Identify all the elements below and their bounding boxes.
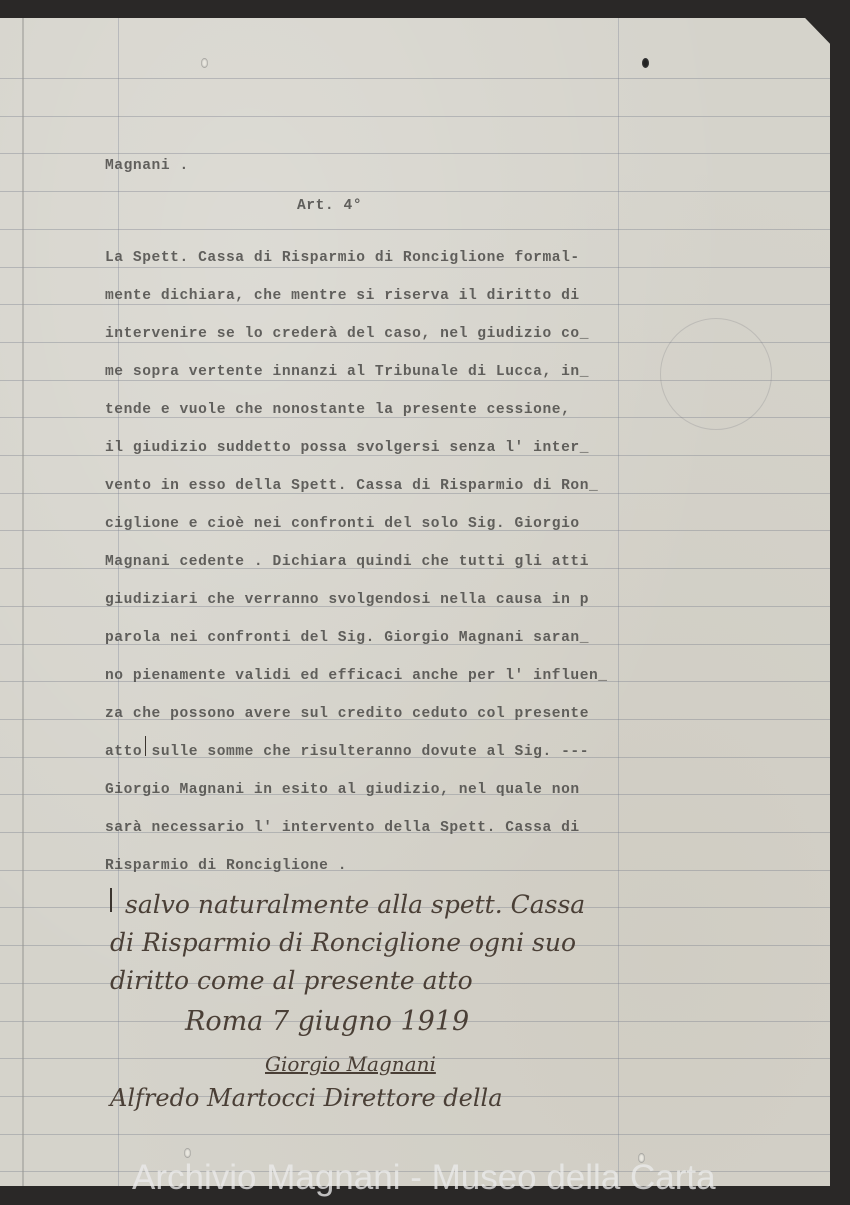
signature-giorgio-magnani: Giorgio Magnani (265, 1052, 436, 1076)
typed-line: me sopra vertente innanzi al Tribunale d… (105, 364, 589, 380)
article-heading: Art. 4° (297, 198, 362, 214)
insertion-mark (110, 888, 112, 912)
faded-stamp (660, 318, 772, 430)
typed-line: il giudizio suddetto possa svolgersi sen… (105, 440, 589, 456)
typed-line: za che possono avere sul credito ceduto … (105, 706, 589, 722)
typed-line: ciglione e cioè nei confronti del solo S… (105, 516, 580, 532)
handwritten-note: di Risparmio di Ronciglione ogni suo (110, 928, 576, 957)
signature-alfredo-martocci: Alfredo Martocci Direttore della (110, 1084, 503, 1112)
typed-line: Risparmio di Ronciglione . (105, 858, 347, 874)
typed-line: Magnani cedente . Dichiara quindi che tu… (105, 554, 589, 570)
typed-line: mente dichiara, che mentre si riserva il… (105, 288, 580, 304)
typed-line: no pienamente validi ed efficaci anche p… (105, 668, 608, 684)
right-margin-rule (618, 18, 619, 1186)
handwritten-date: Roma 7 giugno 1919 (185, 1006, 469, 1037)
typed-line: sarà necessario l' intervento della Spet… (105, 820, 580, 836)
ruled-line (0, 78, 830, 79)
ruled-line (0, 267, 830, 268)
ruled-line (0, 116, 830, 117)
page-fold (22, 18, 24, 1186)
typed-line: intervenire se lo crederà del caso, nel … (105, 326, 589, 342)
ruled-line (0, 304, 830, 305)
insertion-mark (145, 736, 146, 756)
typed-line: atto sulle somme che risulteranno dovute… (105, 744, 589, 760)
typed-line: La Spett. Cassa di Risparmio di Roncigli… (105, 250, 580, 266)
handwritten-note: salvo naturalmente alla spett. Cassa (125, 890, 585, 919)
typed-line: vento in esso della Spett. Cassa di Risp… (105, 478, 598, 494)
ruled-line (0, 1134, 830, 1135)
document-page: Magnani . Art. 4° La Spett. Cassa di Ris… (0, 18, 830, 1186)
handwritten-note: diritto come al presente atto (110, 966, 473, 995)
typed-line: Magnani . (105, 158, 189, 174)
typed-line: giudiziari che verranno svolgendosi nell… (105, 592, 589, 608)
punch-hole (642, 58, 649, 68)
punch-hole (201, 58, 208, 68)
typed-line: parola nei confronti del Sig. Giorgio Ma… (105, 630, 589, 646)
typed-line: tende e vuole che nonostante la presente… (105, 402, 570, 418)
punch-hole (184, 1148, 191, 1158)
ruled-line (0, 153, 830, 154)
ruled-line (0, 229, 830, 230)
archive-watermark: Archivio Magnani - Museo della Carta (132, 1158, 716, 1198)
typed-line: Giorgio Magnani in esito al giudizio, ne… (105, 782, 580, 798)
ruled-line (0, 191, 830, 192)
